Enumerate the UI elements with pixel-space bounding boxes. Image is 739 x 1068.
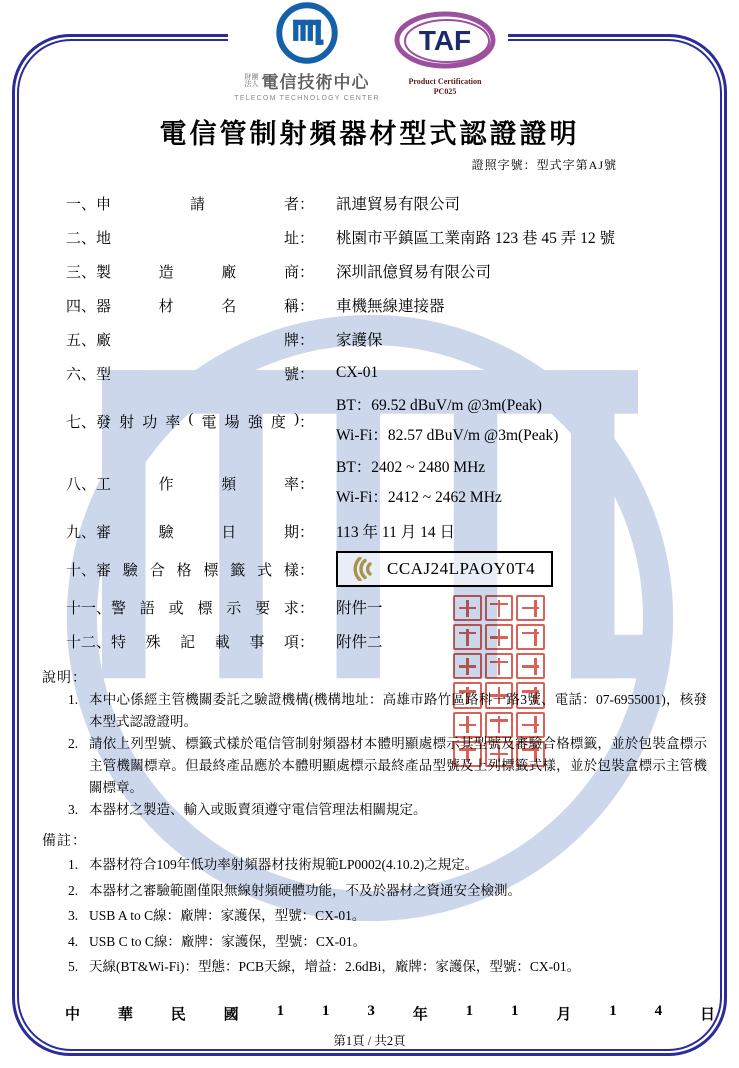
certificate-content: 電信管制射頻器材型式認證證明 證照字號：型式字第AJ號 一、申請者：訊連貿易有限…: [0, 0, 739, 1068]
field-label-text: 型號: [96, 363, 299, 384]
field-colon: ：: [299, 411, 314, 432]
certification-seal: [453, 595, 545, 767]
field-label: 十一、警語或標示要求：: [66, 597, 314, 618]
label-char: 稱: [284, 295, 299, 316]
label-char: 廠: [96, 329, 111, 350]
label-char: 廠: [221, 261, 236, 282]
label-char: 工: [96, 473, 111, 494]
field-colon: ：: [299, 559, 314, 580]
label-char: 器: [96, 295, 111, 316]
field-number: 九、: [66, 521, 96, 542]
field-value: 車機無線連接器: [336, 294, 445, 316]
label-char: (: [188, 411, 193, 432]
field-number: 一、: [66, 193, 96, 214]
field-colon: ：: [299, 631, 314, 652]
label-char: 率: [165, 411, 180, 432]
field-number: 七、: [66, 411, 96, 432]
field-value: BT：69.52 dBuV/m @3m(Peak)Wi-Fi：82.57 dBu…: [336, 391, 558, 451]
field-label-text: 廠牌: [96, 329, 299, 350]
date-char: 3: [367, 1003, 375, 1024]
item-number: 5.: [68, 954, 89, 980]
field-number: 十一、: [66, 597, 111, 618]
date-char: 中: [65, 1003, 80, 1024]
statement-heading: 說明：: [42, 667, 739, 687]
label-char: 或: [169, 597, 184, 618]
field-value: 家護保: [336, 328, 383, 350]
field-label: 三、製造廠商：: [66, 261, 314, 282]
date-char: 年: [413, 1003, 428, 1024]
label-char: 發: [96, 411, 111, 432]
label-char: 記: [180, 631, 195, 652]
notes-heading: 備註：: [42, 830, 739, 850]
date-char: 4: [655, 1003, 663, 1024]
label-char: 號: [284, 363, 299, 384]
field-label-text: 警語或標示要求: [111, 597, 299, 618]
field-colon: ：: [299, 329, 314, 350]
field-row: 二、地址：桃園市平鎮區工業南路 123 巷 45 弄 12 號: [66, 220, 739, 254]
field-label-text: 工作頻率: [96, 473, 299, 494]
field-label-text: 特殊記載事項: [111, 631, 299, 652]
notes-list: 1.本器材符合109年低功率射頻器材技術規範LP0002(4.10.2)之規定。…: [42, 852, 739, 980]
statement-section: 說明： 1.本中心係經主管機關委託之驗證機構(機構地址：高雄市路竹區路科一路3號…: [42, 667, 739, 821]
field-row: 六、型號：CX-01: [66, 356, 739, 390]
statement-item: 1.本中心係經主管機關委託之驗證機構(機構地址：高雄市路竹區路科一路3號、電話：…: [68, 689, 707, 733]
item-text: USB C to C線：廠牌：家護保，型號：CX-01。: [89, 929, 707, 955]
field-number: 五、: [66, 329, 96, 350]
notes-section: 備註： 1.本器材符合109年低功率射頻器材技術規範LP0002(4.10.2)…: [42, 830, 739, 980]
field-label: 六、型號：: [66, 363, 314, 384]
date-char: 華: [118, 1003, 133, 1024]
label-char: 期: [284, 521, 299, 542]
date-char: 1: [466, 1003, 474, 1024]
field-colon: ：: [299, 193, 314, 214]
field-colon: ：: [299, 295, 314, 316]
item-number: 2.: [68, 878, 89, 904]
label-char: 地: [96, 227, 111, 248]
label-char: 者: [284, 193, 299, 214]
label-char: 頻: [221, 473, 236, 494]
date-char: 民: [171, 1003, 186, 1024]
field-colon: ：: [299, 227, 314, 248]
label-char: 商: [284, 261, 299, 282]
field-number: 十、: [66, 559, 96, 580]
item-text: 本中心係經主管機關委託之驗證機構(機構地址：高雄市路竹區路科一路3號、電話：07…: [89, 689, 707, 733]
certificate-page: 財團 法人 電信技術中心 TELECOM TECHNOLOGY CENTER T…: [0, 0, 739, 1068]
field-number: 三、: [66, 261, 96, 282]
field-value: 深圳訊億貿易有限公司: [336, 260, 491, 282]
approval-label-box: CCAJ24LPAOY0T4: [336, 551, 553, 587]
field-row: 一、申請者：訊連貿易有限公司: [66, 186, 739, 220]
field-value: 附件二: [336, 630, 383, 652]
field-number: 八、: [66, 473, 96, 494]
item-number: 2.: [68, 733, 89, 799]
item-text: 本器材之審驗範圍僅限無線射頻硬體功能，不及於器材之資通安全檢測。: [89, 878, 707, 904]
field-value: CX-01: [336, 364, 378, 382]
date-char: 1: [277, 1003, 285, 1024]
label-char: 樣: [284, 559, 299, 580]
label-char: 請: [190, 193, 205, 214]
item-number: 1.: [68, 689, 89, 733]
statement-list: 1.本中心係經主管機關委託之驗證機構(機構地址：高雄市路竹區路科一路3號、電話：…: [42, 689, 739, 821]
field-label-text: 發射功率(電場強度): [96, 411, 299, 432]
field-row: 八、工作頻率：BT：2402 ~ 2480 MHzWi-Fi：2412 ~ 24…: [66, 452, 739, 514]
label-char: 功: [142, 411, 157, 432]
label-char: 載: [215, 631, 230, 652]
field-value: BT：2402 ~ 2480 MHzWi-Fi：2412 ~ 2462 MHz: [336, 453, 502, 513]
field-label: 一、申請者：: [66, 193, 314, 214]
field-row: 九、審驗日期：113 年 11 月 14 日: [66, 514, 739, 548]
cert-number: 證照字號：型式字第AJ號: [42, 156, 739, 173]
item-number: 1.: [68, 852, 89, 878]
note-item: 5.天線(BT&Wi-Fi)：型態：PCB天線，增益：2.6dBi，廠牌：家護保…: [68, 954, 707, 980]
statement-item: 2.請依上列型號、標籤式樣於電信管制射頻器材本體明顯處標示其型號及審驗合格標籤，…: [68, 733, 707, 799]
date-char: 國: [224, 1003, 239, 1024]
field-colon: ：: [299, 597, 314, 618]
field-row: 三、製造廠商：深圳訊億貿易有限公司: [66, 254, 739, 288]
field-value-line: Wi-Fi：82.57 dBuV/m @3m(Peak): [336, 421, 558, 451]
label-char: 牌: [284, 329, 299, 350]
item-text: 天線(BT&Wi-Fi)：型態：PCB天線，增益：2.6dBi，廠牌：家護保，型…: [89, 954, 707, 980]
label-char: 要: [255, 597, 270, 618]
field-label: 十、審驗合格標籤式樣：: [66, 559, 314, 580]
field-value: 桃園市平鎮區工業南路 123 巷 45 弄 12 號: [336, 226, 615, 248]
item-number: 4.: [68, 929, 89, 955]
field-label: 八、工作頻率：: [66, 473, 314, 494]
field-number: 六、: [66, 363, 96, 384]
label-char: 射: [119, 411, 134, 432]
fields: 一、申請者：訊連貿易有限公司二、地址：桃園市平鎮區工業南路 123 巷 45 弄…: [42, 186, 739, 658]
field-label: 十二、特殊記載事項：: [66, 631, 314, 652]
approval-label-code: CCAJ24LPAOY0T4: [387, 559, 535, 579]
statement-item: 3.本器材之製造、輸入或販賣須遵守電信管理法相關規定。: [68, 799, 707, 821]
label-char: 強: [248, 411, 263, 432]
field-row: 五、廠牌：家護保: [66, 322, 739, 356]
label-char: 事: [249, 631, 264, 652]
label-char: 求: [284, 597, 299, 618]
note-item: 2.本器材之審驗範圍僅限無線射頻硬體功能，不及於器材之資通安全檢測。: [68, 878, 707, 904]
label-char: 名: [221, 295, 236, 316]
date-char: 日: [700, 1003, 715, 1024]
field-label-text: 製造廠商: [96, 261, 299, 282]
label-char: 址: [284, 227, 299, 248]
item-text: 本器材之製造、輸入或販賣須遵守電信管理法相關規定。: [89, 799, 707, 821]
label-char: 型: [96, 363, 111, 384]
field-label-text: 申請者: [96, 193, 299, 214]
date-char: 1: [322, 1003, 330, 1024]
item-text: USB A to C線：廠牌：家護保，型號：CX-01。: [89, 903, 707, 929]
field-colon: ：: [299, 261, 314, 282]
label-char: 殊: [146, 631, 161, 652]
label-char: 式: [257, 559, 272, 580]
note-item: 1.本器材符合109年低功率射頻器材技術規範LP0002(4.10.2)之規定。: [68, 852, 707, 878]
rf-waves-icon: [347, 557, 377, 581]
field-value-line: BT：69.52 dBuV/m @3m(Peak): [336, 391, 558, 421]
field-label: 四、器材名稱：: [66, 295, 314, 316]
label-char: 造: [159, 261, 174, 282]
label-char: 材: [159, 295, 174, 316]
label-char: 日: [221, 521, 236, 542]
item-text: 請依上列型號、標籤式樣於電信管制射頻器材本體明顯處標示其型號及審驗合格標籤，並於…: [89, 733, 707, 799]
roc-date-line: 中華民國113年11月14日: [65, 1003, 715, 1024]
label-char: 電: [202, 411, 217, 432]
date-char: 1: [609, 1003, 617, 1024]
label-char: 審: [96, 559, 111, 580]
label-char: 特: [111, 631, 126, 652]
field-value: 113 年 11 月 14 日: [336, 520, 455, 542]
page-title: 電信管制射頻器材型式認證證明: [42, 112, 739, 151]
label-char: 標: [203, 559, 218, 580]
label-char: 率: [284, 473, 299, 494]
field-number: 四、: [66, 295, 96, 316]
label-char: 警: [111, 597, 126, 618]
field-value-line: BT：2402 ~ 2480 MHz: [336, 453, 502, 483]
label-char: 度: [271, 411, 286, 432]
label-char: 示: [226, 597, 241, 618]
date-char: 1: [511, 1003, 519, 1024]
field-value-line: Wi-Fi：2412 ~ 2462 MHz: [336, 483, 502, 513]
item-number: 3.: [68, 799, 89, 821]
label-char: 驗: [159, 521, 174, 542]
field-value: 附件一: [336, 596, 383, 618]
field-label-text: 地址: [96, 227, 299, 248]
label-char: 作: [159, 473, 174, 494]
label-char: 標: [197, 597, 212, 618]
field-label-text: 審驗日期: [96, 521, 299, 542]
label-char: 語: [140, 597, 155, 618]
label-char: 審: [96, 521, 111, 542]
label-char: 製: [96, 261, 111, 282]
field-colon: ：: [299, 363, 314, 384]
label-char: 合: [150, 559, 165, 580]
label-char: 格: [177, 559, 192, 580]
label-char: 驗: [123, 559, 138, 580]
note-item: 4.USB C to C線：廠牌：家護保，型號：CX-01。: [68, 929, 707, 955]
field-value: 訊連貿易有限公司: [336, 192, 460, 214]
item-text: 本器材符合109年低功率射頻器材技術規範LP0002(4.10.2)之規定。: [89, 852, 707, 878]
label-char: 申: [96, 193, 111, 214]
item-number: 3.: [68, 903, 89, 929]
field-row: 四、器材名稱：車機無線連接器: [66, 288, 739, 322]
field-row: 七、發射功率(電場強度)：BT：69.52 dBuV/m @3m(Peak)Wi…: [66, 390, 739, 452]
field-label: 二、地址：: [66, 227, 314, 248]
label-char: 項: [284, 631, 299, 652]
field-colon: ：: [299, 473, 314, 494]
field-label: 七、發射功率(電場強度)：: [66, 411, 314, 432]
field-label: 五、廠牌：: [66, 329, 314, 350]
field-number: 二、: [66, 227, 96, 248]
field-label-text: 審驗合格標籤式樣: [96, 559, 299, 580]
field-row: 十二、特殊記載事項：附件二: [66, 624, 739, 658]
field-colon: ：: [299, 521, 314, 542]
field-label-text: 器材名稱: [96, 295, 299, 316]
note-item: 3.USB A to C線：廠牌：家護保，型號：CX-01。: [68, 903, 707, 929]
date-char: 月: [556, 1003, 571, 1024]
field-label: 九、審驗日期：: [66, 521, 314, 542]
field-number: 十二、: [66, 631, 111, 652]
label-char: 場: [225, 411, 240, 432]
label-char: 籤: [230, 559, 245, 580]
field-row: 十一、警語或標示要求：附件一: [66, 590, 739, 624]
field-row: 十、審驗合格標籤式樣：CCAJ24LPAOY0T4: [66, 548, 739, 590]
